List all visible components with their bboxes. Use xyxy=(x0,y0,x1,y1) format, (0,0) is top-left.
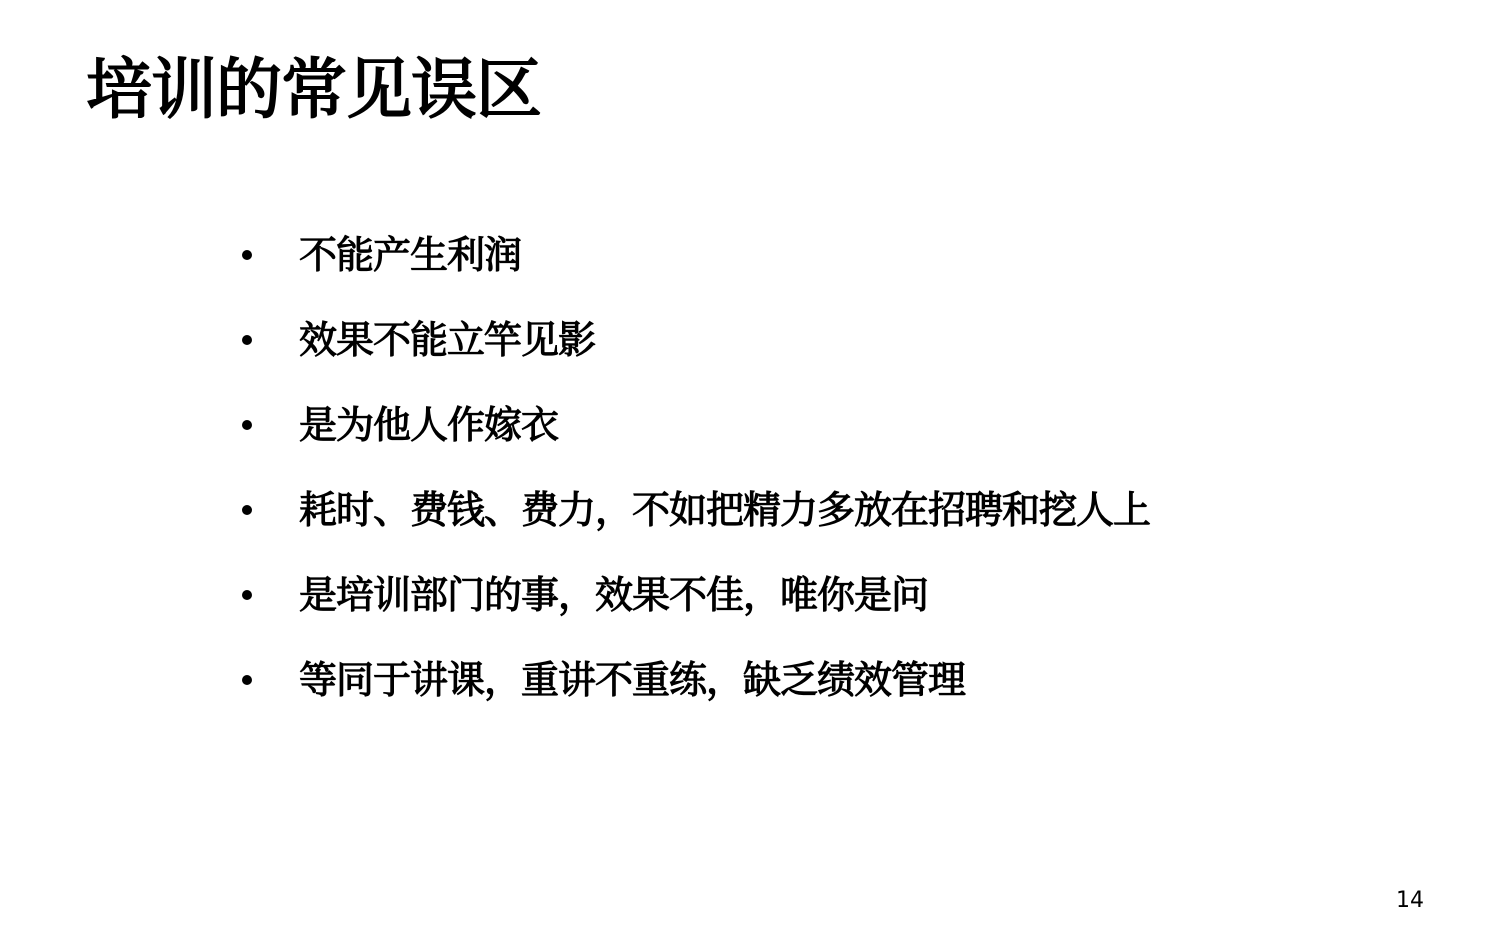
bullet-dot-icon xyxy=(242,335,252,345)
bullet-text: 耗时、费钱、费力，不如把精力多放在招聘和挖人上 xyxy=(299,485,1150,535)
bullet-text: 效果不能立竿见影 xyxy=(299,315,595,365)
bullet-text: 是为他人作嫁衣 xyxy=(299,400,558,450)
page-number: 14 xyxy=(1396,887,1424,915)
bullet-item: 耗时、费钱、费力，不如把精力多放在招聘和挖人上 xyxy=(236,467,1150,552)
bullet-dot-icon xyxy=(242,250,252,260)
bullet-text: 等同于讲课，重讲不重练，缺乏绩效管理 xyxy=(299,655,965,705)
bullet-dot-icon xyxy=(242,590,252,600)
bullet-item: 是为他人作嫁衣 xyxy=(236,382,1150,467)
bullet-item: 等同于讲课，重讲不重练，缺乏绩效管理 xyxy=(236,637,1150,722)
bullet-text: 是培训部门的事，效果不佳，唯你是问 xyxy=(299,570,928,620)
bullet-dot-icon xyxy=(242,505,252,515)
bullet-dot-icon xyxy=(242,420,252,430)
bullet-text: 不能产生利润 xyxy=(299,230,521,280)
bullet-item: 不能产生利润 xyxy=(236,212,1150,297)
bullet-list: 不能产生利润 效果不能立竿见影 是为他人作嫁衣 耗时、费钱、费力，不如把精力多放… xyxy=(236,212,1150,722)
bullet-item: 效果不能立竿见影 xyxy=(236,297,1150,382)
bullet-item: 是培训部门的事，效果不佳，唯你是问 xyxy=(236,552,1150,637)
slide-title: 培训的常见误区 xyxy=(86,48,541,132)
bullet-dot-icon xyxy=(242,675,252,685)
